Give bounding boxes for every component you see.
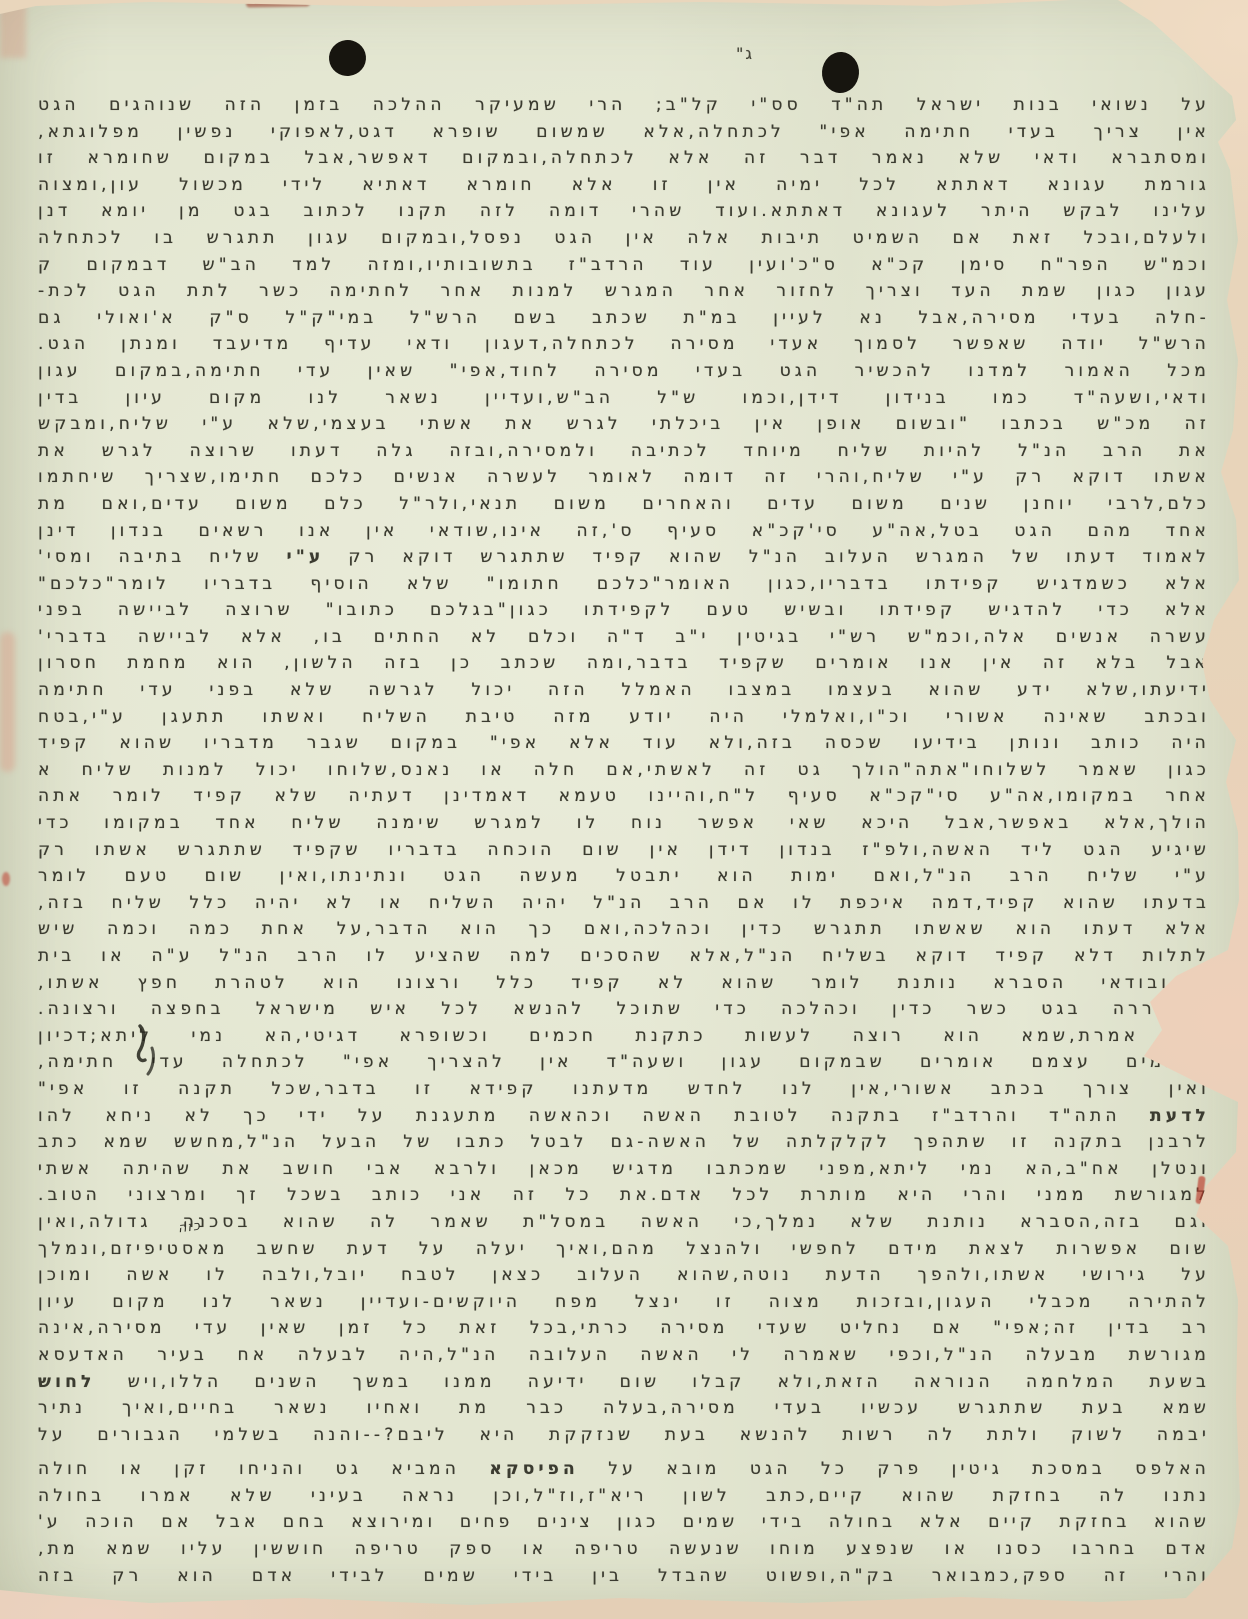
text-line: בשעת המלחמה הנוראה הזאת,ולא קבלו שום ידי… xyxy=(38,1369,1210,1396)
text-line: על גירושי אשתו,ולהפך הדעת נוטה,שהוא העלו… xyxy=(38,1262,1210,1289)
ink-scribble xyxy=(132,1022,162,1078)
text-line: ונטלן אח"ב,הא נמי ליתא,מפני שמכתבו מדגיש… xyxy=(38,1156,1210,1183)
emphasized-word: הפיסקא xyxy=(489,1459,579,1479)
hole-punch-left-icon xyxy=(327,38,368,78)
text-line: ובכתב שאינה אשורי וכ"ו,ואלמלי היה יודע מ… xyxy=(38,704,1210,731)
text-line: ודאי,ושעה"ד כמו בנידון דידן,וכמו ש"ל הב"… xyxy=(38,385,1210,412)
text-line: בדעתו שהוא קפיד,דמה איכפת לו אם הרב הנ"ל… xyxy=(38,890,1210,917)
stain-right-red-mark-2 xyxy=(1206,1186,1214,1205)
text-line: רב בדין זה;אפי" אם נחליט שעדי מסירה כרתי… xyxy=(38,1315,1210,1342)
handwritten-annotation: כזה xyxy=(177,1219,202,1237)
text-line: ידיעתו,שלא ידע שהוא בעצמו במצבו האמלל הז… xyxy=(38,677,1210,704)
text-line: כגון שאמר לשלוחו"אתה"הולך גט זה לאשתי,אם… xyxy=(38,757,1210,784)
text-line: לאמוד דעתו של המגרש העלוב הנ"ל שהוא קפיד… xyxy=(38,544,1210,571)
text-line: אין צריך בעדי חתימה אפי" לכתחלה,אלא שמשו… xyxy=(38,119,1210,146)
stain-left-middle xyxy=(0,632,15,772)
document-text: על נשואי בנות ישראל תה"ד סס"י קל"ב; הרי … xyxy=(38,92,1210,1589)
text-line: ואין צורך בכתב אשורי,אין לנו לחדש מדעתנו… xyxy=(38,1076,1210,1103)
stain-top-left xyxy=(0,0,26,58)
text-line: לתלות דלא קפיד דוקא בשליח הנ"ל,אלא שהסכי… xyxy=(38,943,1210,970)
text-line: להתירה מכבלי העגון,ובזכות מצוה זו ינצל מ… xyxy=(38,1289,1210,1316)
text-line: עגון כגון שמת העד וצריך לחזור אחר המגרש … xyxy=(38,278,1210,305)
text-line: לרבנן בתקנה זו שתהפך לקלקלתה של האשה-גם … xyxy=(38,1129,1210,1156)
text-line: והרי זה ספק,כמבואר בק"ה,ופשוט שהבדל בין … xyxy=(38,1563,1210,1590)
text-line: -חלה בעדי מסירה,אבל נא לעיין במ"ת שכתב ב… xyxy=(38,305,1210,332)
text-line: ומסתברא ודאי שלא נאמר דבר זה אלא לכתחלה,… xyxy=(38,145,1210,172)
text-line: גורמת עגונא דאתתא לכל ימיה אין זו אלא חו… xyxy=(38,172,1210,199)
text-line: לדעת התה"ד והרדב"ז בתקנה לטובת האשה וכהא… xyxy=(38,1103,1210,1130)
text-line: עשרה אנשים אלה,וכמ"ש רש"י בגיטין י"ב ד"ה… xyxy=(38,624,1210,651)
text-line: זה מכ"ש בכתבו "ובשום אופן אין ביכלתי לגר… xyxy=(38,411,1210,438)
text-line: הרש"ל יודה שאפשר לסמוך אעדי מסירה לכתחלה… xyxy=(38,331,1210,358)
text-line: מגורשת מבעלה הנ"ל,וכפי שאמרה לי האשה העל… xyxy=(38,1342,1210,1369)
text-line: אבל בלא זה אין אנו אומרים שקפיד בדבר,ומה… xyxy=(38,650,1210,677)
text-line: עלינו לבקש היתר לעגונא דאתתא.ועוד שהרי ד… xyxy=(38,198,1210,225)
text-line: יבמה לשוק ולתת לה רשות להנשא בעת שנזקקת … xyxy=(38,1422,1210,1449)
text-line: וכמ"ש הפר"ח סימן קכ"א ס"כ'ועין עוד הרדב"… xyxy=(38,252,1210,279)
hole-punch-right-icon xyxy=(821,51,861,94)
emphasized-word: לחוש xyxy=(38,1372,96,1392)
emphasized-word: ע"י xyxy=(287,547,325,567)
text-line: ולעלם,ובכל זאת אם השמיט תיבות אלה אין הג… xyxy=(38,225,1210,252)
text-line: את הרב הנ"ל להיות שליח מיוחד לכתיבה ולמס… xyxy=(38,438,1210,465)
scan-background: ג" על נשואי בנות ישראל תה"ד סס"י קל"ב; ה… xyxy=(0,0,1248,1619)
text-line: אחד מהם הגט בטל,אה"ע סי'קכ"א סעיף ס',זה … xyxy=(38,518,1210,545)
text-line: ולשחררה בגט כשר כדין וכהלכה כדי שתוכל לה… xyxy=(38,996,1210,1023)
text-line: אשתו דוקא רק ע"י שליח,והרי זה דומה לאומר… xyxy=(38,464,1210,491)
text-line: האלפס במסכת גיטין פרק כל הגט מובא על הפי… xyxy=(38,1456,1210,1483)
text-line: ואי אמרת,שמא הוא רוצה לעשות כתקנת חכמים … xyxy=(38,1023,1210,1050)
text-line: אחר במקומו,אה"ע סי"קכ"א סעיף ל"ח,והיינו … xyxy=(38,783,1210,810)
text-line: למגורשת ממני והרי היא מותרת לכל אדם.את כ… xyxy=(38,1182,1210,1209)
text-line: היה כותב ונותן בידיעו שכסה בזה,ולא עוד א… xyxy=(38,730,1210,757)
text-line: נתנו לה בחזקת שהוא קיים,כתב לשון ריא"ז,ו… xyxy=(38,1483,1210,1510)
text-line: אדם בחרבו כסנו או שנפצע מוחו שנעשה טריפה… xyxy=(38,1536,1210,1563)
text-line: על נשואי בנות ישראל תה"ד סס"י קל"ב; הרי … xyxy=(38,92,1210,119)
text-line: אלא דעתו הוא שאשתו תתגרש כדין וכהלכה,ואם… xyxy=(38,916,1210,943)
text-line: שמא בעת שתתגרש עכשיו בעדי מסירה,בעלה כבר… xyxy=(38,1395,1210,1422)
text-line: שיגיע הגט ליד האשה,ולפ"ז בנדון דידן אין … xyxy=(38,837,1210,864)
text-line: ע"י שליח הרב הנ"ל,ואם ימות הוא יתבטל מעש… xyxy=(38,863,1210,890)
text-line: אלא כדי להדגיש קפידתו ובשיש טעם לקפידתו … xyxy=(38,597,1210,624)
emphasized-word: לדעת xyxy=(1150,1106,1210,1126)
text-line: הולך,אלא באפשר,אבל היכא שאי אפשר נוח לו … xyxy=(38,810,1210,837)
text-line: מכל האמור למדנו להכשיר הגט בעדי מסירה לח… xyxy=(38,358,1210,385)
text-line: שום אפשרות לצאת מידם לחפשי ולהנצל מהם,וא… xyxy=(38,1236,1210,1263)
text-line: כלם,לרבי יוחנן שנים משום עדים והאחרים מש… xyxy=(38,491,1210,518)
text-line: אלא כשמדגיש קפידתו בדבריו,כגון האומר"כלכ… xyxy=(38,571,1210,598)
text-line: שהוא בחזקת קיים אלא בחולה בידי שמים כגון… xyxy=(38,1509,1210,1536)
stain-left-dot xyxy=(2,872,10,886)
stain-top-streak xyxy=(246,0,310,8)
document-page: ג" על נשואי בנות ישראל תה"ד סס"י קל"ב; ה… xyxy=(0,0,1248,1619)
page-number: ג" xyxy=(694,44,754,63)
text-line: שחכמים עצמם אומרים שבמקום עגון ושעה"ד אי… xyxy=(38,1049,1210,1076)
text-line: וגם בזה,הסברא נותנת שלא נמלך,כי האשה במס… xyxy=(38,1209,1210,1236)
text-line: דין,ובודאי הסברא נותנת לומר שהוא לא קפיד… xyxy=(38,970,1210,997)
